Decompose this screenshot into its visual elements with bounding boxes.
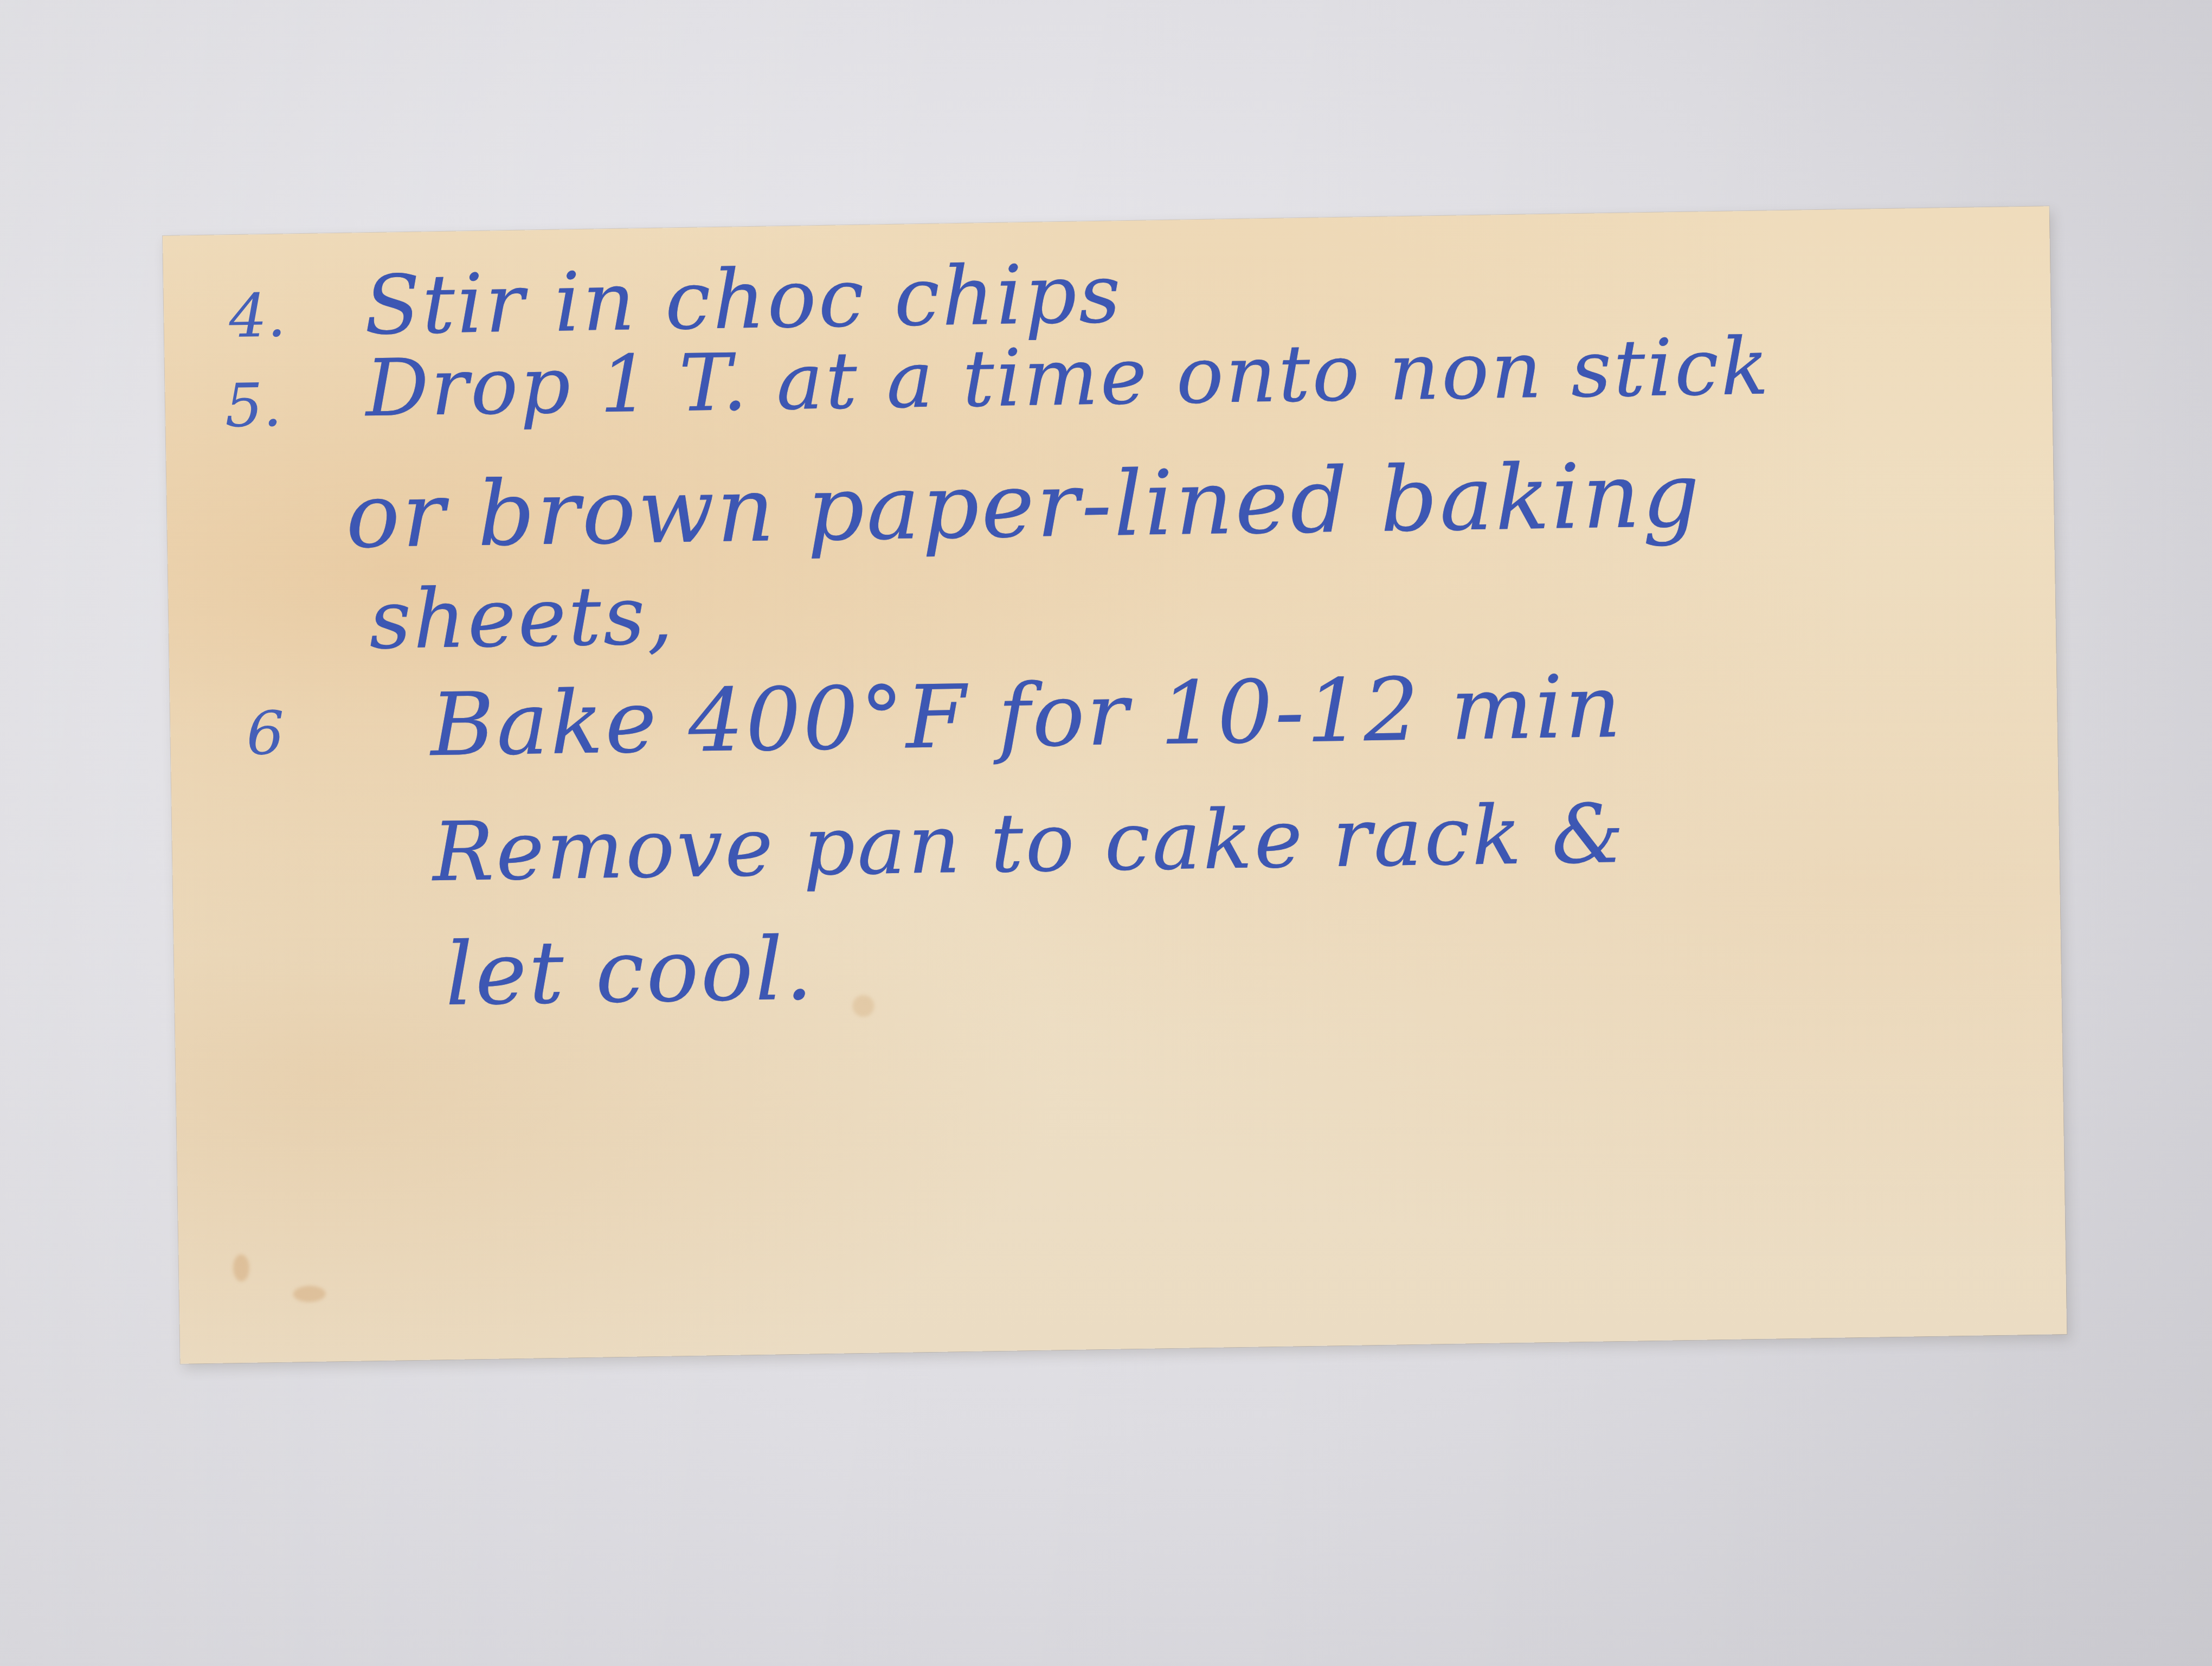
step-number: 5. [224,375,282,436]
step-text-line: Remove pan to cake rack & [432,793,1627,894]
step-number: 4. [228,285,286,346]
recipe-card: 4. Stir in choc chips 5. Drop 1 T. at a … [163,206,2067,1363]
step-text-line: let cool. [445,925,815,1018]
step-text-line: sheets, [369,575,676,661]
step-text-line: Bake 400°F for 10-12 min [430,663,1624,769]
handwritten-text: 4. Stir in choc chips 5. Drop 1 T. at a … [163,206,2067,1363]
step-number: 6 [246,703,285,764]
step-text-line: or brown paper-lined baking [345,450,1702,561]
step-text-line: Drop 1 T. at a time onto non stick [365,327,1771,428]
